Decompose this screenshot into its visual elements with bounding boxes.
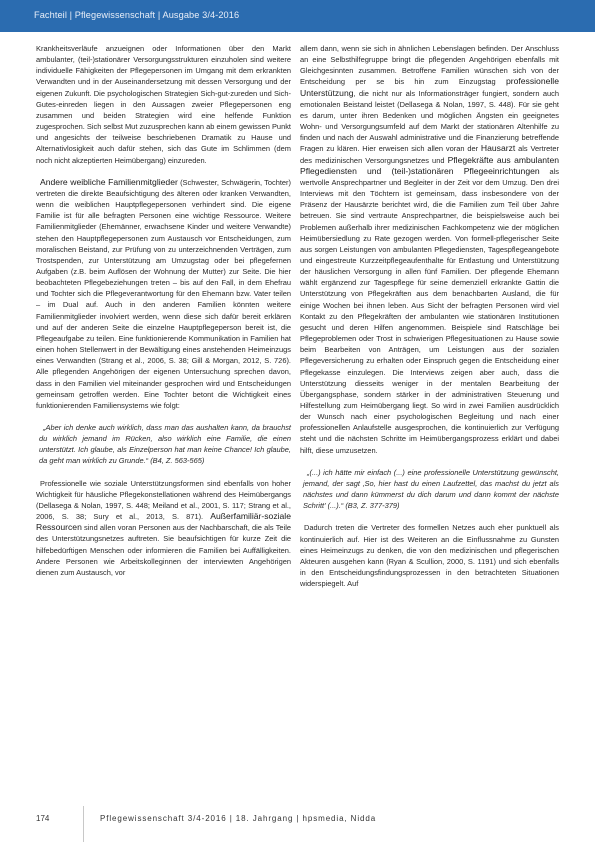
journal-info: Pflegewissenschaft 3/4-2016 | 18. Jahrga…: [100, 814, 376, 823]
running-title: Fachteil | Pflegewissenschaft | Ausgabe …: [34, 10, 239, 20]
paragraph: Krankheitsverläufe anzueignen oder Infor…: [36, 43, 291, 166]
footer-divider: [83, 806, 84, 842]
paragraph: Dadurch treten die Vertreter des formell…: [300, 522, 559, 589]
highlighted-term: Andere weibliche Familienmitglieder: [40, 177, 178, 187]
block-quote: „Aber ich denke auch wirklich, dass man …: [36, 422, 291, 467]
paragraph: allem dann, wenn sie sich in ähnlichen L…: [300, 43, 559, 456]
right-column: allem dann, wenn sie sich in ähnlichen L…: [300, 43, 559, 589]
running-header-bar: Fachteil | Pflegewissenschaft | Ausgabe …: [0, 0, 595, 32]
left-column: Krankheitsverläufe anzueignen oder Infor…: [36, 43, 291, 578]
highlighted-term: Hausarzt: [481, 143, 515, 153]
block-quote: „(...) ich hätte mir einfach (...) eine …: [300, 467, 559, 512]
paragraph: Professionelle wie soziale Unterstützung…: [36, 478, 291, 578]
page-number: 174: [36, 814, 49, 823]
paragraph: Andere weibliche Familienmitglieder (Sch…: [36, 177, 291, 411]
